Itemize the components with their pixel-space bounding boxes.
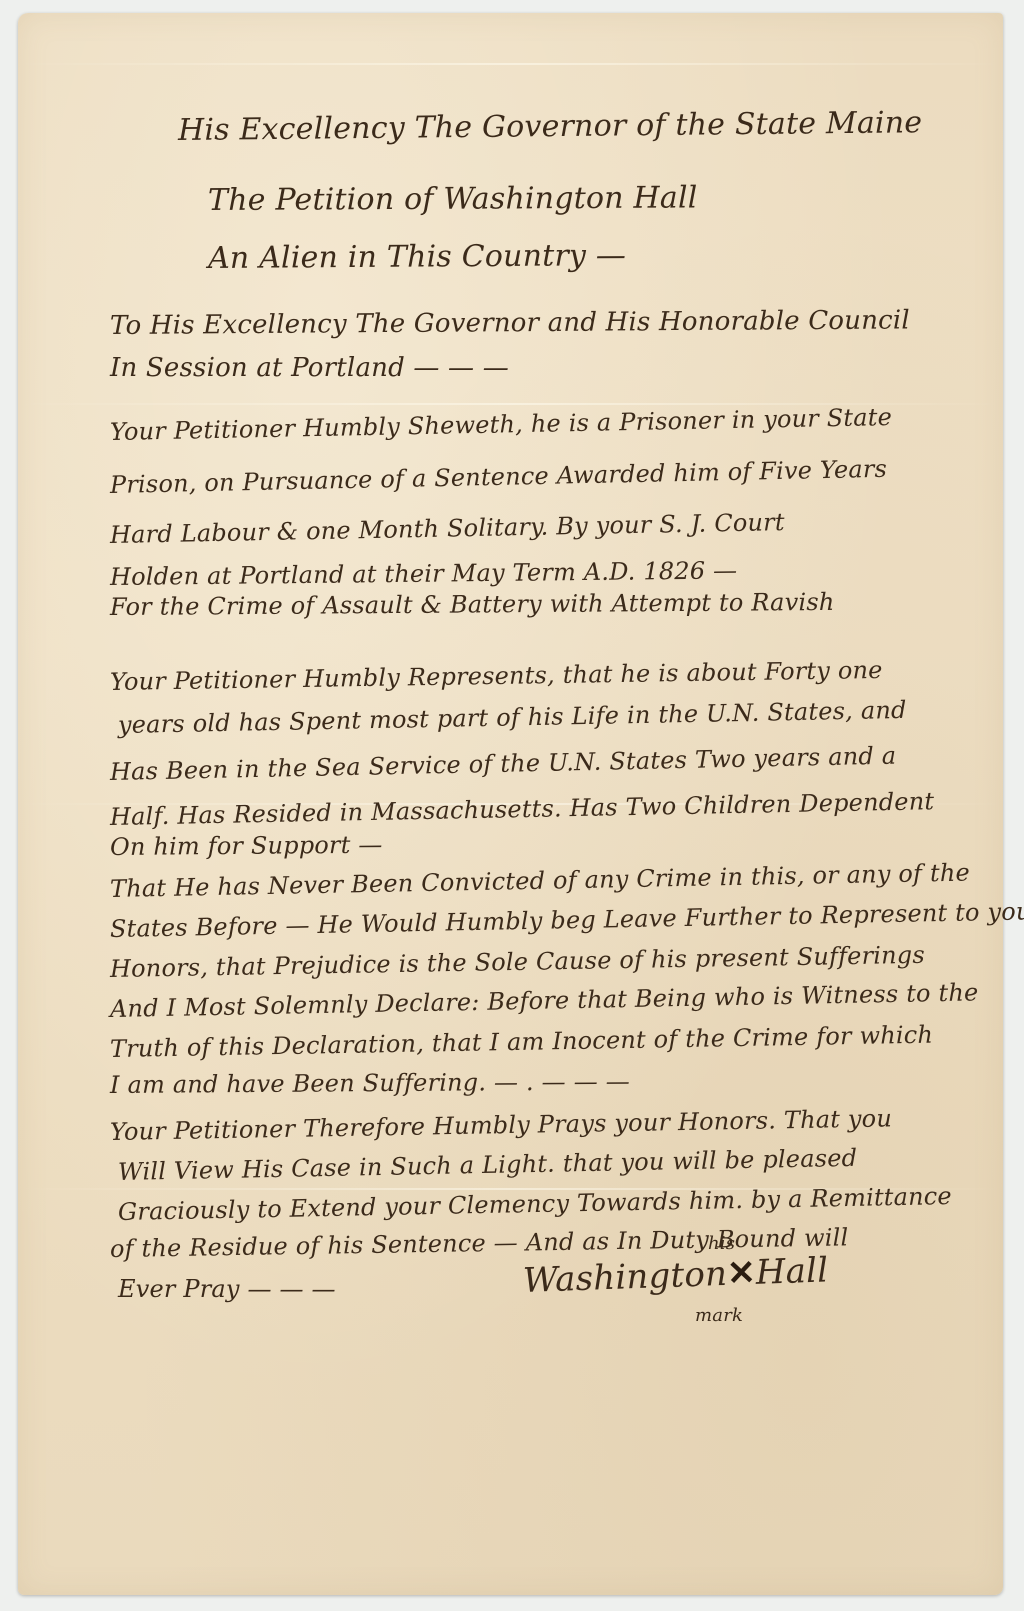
paragraph-1-line-4: Holden at Portland at their May Term A.D… xyxy=(110,556,738,591)
signature-last-name: Hall xyxy=(755,1250,829,1293)
signature-x-mark-icon: ✕ xyxy=(726,1253,756,1294)
paragraph-1-line-3: Hard Labour & one Month Solitary. By you… xyxy=(110,508,785,549)
signature: Washington✕Hall xyxy=(522,1250,829,1301)
petition-page: His Excellency The Governor of the State… xyxy=(18,13,1003,1595)
heading-line-1: His Excellency The Governor of the State… xyxy=(178,105,923,148)
paragraph-1-line-2: Prison, on Pursuance of a Sentence Award… xyxy=(110,455,888,499)
paragraph-3-line-1: Your Petitioner Therefore Humbly Prays y… xyxy=(110,1104,892,1146)
paragraph-2-line-8: Honors, that Prejudice is the Sole Cause… xyxy=(110,941,925,983)
paragraph-2-line-2: years old has Spent most part of his Lif… xyxy=(118,696,907,739)
paragraph-3-line-5: Ever Pray — — — xyxy=(118,1275,336,1303)
paragraph-2-line-7: States Before — He Would Humbly beg Leav… xyxy=(110,897,1024,943)
paragraph-2-line-1: Your Petitioner Humbly Represents, that … xyxy=(110,656,883,696)
address-line-1: To His Excellency The Governor and His H… xyxy=(110,305,910,341)
heading-line-3: An Alien in This Country — xyxy=(208,238,626,276)
paragraph-1-line-1: Your Petitioner Humbly Sheweth, he is a … xyxy=(110,403,893,446)
paragraph-3-line-2: Will View His Case in Such a Light. that… xyxy=(118,1144,858,1186)
signature-his: his xyxy=(708,1233,735,1254)
paper-fold-line xyxy=(18,63,1003,65)
paragraph-2-line-3: Has Been in the Sea Service of the U.N. … xyxy=(110,742,897,786)
paragraph-2-line-6: That He has Never Been Convicted of any … xyxy=(110,858,970,903)
signature-first-name: Washington xyxy=(522,1254,727,1301)
paragraph-2-line-10: Truth of this Declaration, that I am Ino… xyxy=(110,1021,934,1063)
paragraph-2-line-9: And I Most Solemnly Declare: Before that… xyxy=(110,978,979,1023)
paragraph-2-line-5: On him for Support — xyxy=(110,831,383,861)
signature-mark-label: mark xyxy=(695,1305,743,1326)
paragraph-2-line-11: I am and have Been Suffering. — . — — — xyxy=(110,1067,630,1099)
address-line-2: In Session at Portland — — — xyxy=(110,353,509,383)
paragraph-2-line-4: Half. Has Resided in Massachusetts. Has … xyxy=(110,787,935,831)
paragraph-1-line-5: For the Crime of Assault & Battery with … xyxy=(110,588,835,621)
heading-line-2: The Petition of Washington Hall xyxy=(208,180,698,218)
